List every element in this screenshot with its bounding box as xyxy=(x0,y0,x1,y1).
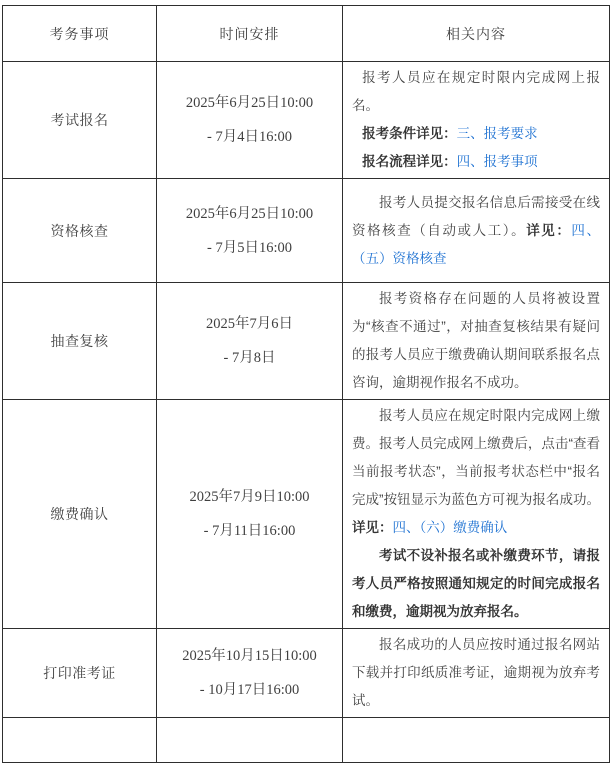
exam-schedule-page: 考务事项 时间安排 相关内容 考试报名 2025年6月25日10:00 - 7月… xyxy=(2,5,610,692)
time-cell-spot-check: 2025年7月6日 - 7月8日 xyxy=(157,283,343,400)
header-time-schedule: 时间安排 xyxy=(157,6,343,62)
process-label: 报名流程详见： xyxy=(362,154,457,169)
time-end: - 7月4日16:00 xyxy=(157,120,342,154)
event-label-registration: 考试报名 xyxy=(3,62,157,179)
time-cell-print-ticket: 2025年10月15日10:00 - 10月17日16:00 xyxy=(157,629,343,693)
link-payment-confirmation[interactable]: 四、（六）缴费确认 xyxy=(393,520,508,535)
content-cell-print-ticket: 报名成功的人员应按时通过报名网站下载并打印纸质准考证，逾期视为放弃考试。 xyxy=(343,629,610,693)
header-exam-matter: 考务事项 xyxy=(3,6,157,62)
content-cell-spot-check: 报考资格存在问题的人员将被设置为“核查不通过”，对抽查复核结果有疑问的报考人员应… xyxy=(343,283,610,400)
event-label-print-ticket: 打印准考证 xyxy=(3,629,157,693)
body-text: 报考人员应在规定时限内完成网上缴费。报考人员完成网上缴费后，点击“查看当前报考状… xyxy=(352,408,600,507)
row-payment-confirmation: 缴费确认 2025年7月9日10:00 - 7月11日16:00 报考人员应在规… xyxy=(3,400,610,629)
content-cell-registration: 报考人员应在规定时限内完成网上报名。 报考条件详见：三、报考要求 报名流程详见：… xyxy=(343,62,610,179)
paragraph-intro: 报考人员应在规定时限内完成网上报名。 xyxy=(352,64,600,120)
header-related-content: 相关内容 xyxy=(343,6,610,62)
time-end: - 10月17日16:00 xyxy=(157,673,342,692)
paragraph-warning: 考试不设补报名或补缴费环节，请报考人员严格按照通知规定的时间完成报名和缴费，逾期… xyxy=(352,542,600,626)
time-cell-registration: 2025年6月25日10:00 - 7月4日16:00 xyxy=(157,62,343,179)
event-label-qualification: 资格核查 xyxy=(3,179,157,283)
see-label: 详见： xyxy=(352,520,393,535)
paragraph-conditions: 报考条件详见：三、报考要求 xyxy=(352,120,600,148)
row-spot-check: 抽查复核 2025年7月6日 - 7月8日 报考资格存在问题的人员将被设置为“核… xyxy=(3,283,610,400)
content-cell-payment: 报考人员应在规定时限内完成网上缴费。报考人员完成网上缴费后，点击“查看当前报考状… xyxy=(343,400,610,629)
link-registration-matters[interactable]: 四、报考事项 xyxy=(457,154,538,169)
time-start: 2025年7月9日10:00 xyxy=(157,480,342,514)
paragraph-body: 报名成功的人员应按时通过报名网站下载并打印纸质准考证，逾期视为放弃考试。 xyxy=(352,631,600,692)
link-registration-requirements[interactable]: 三、报考要求 xyxy=(457,126,538,141)
row-print-admission-ticket: 打印准考证 2025年10月15日10:00 - 10月17日16:00 报名成… xyxy=(3,629,610,693)
time-start: 2025年7月6日 xyxy=(157,307,342,341)
time-end: - 7月8日 xyxy=(157,341,342,375)
row-qualification-check: 资格核查 2025年6月25日10:00 - 7月5日16:00 报考人员提交报… xyxy=(3,179,610,283)
paragraph-process: 报名流程详见：四、报考事项 xyxy=(352,148,600,176)
time-cell-payment: 2025年7月9日10:00 - 7月11日16:00 xyxy=(157,400,343,629)
event-label-spot-check: 抽查复核 xyxy=(3,283,157,400)
time-start: 2025年10月15日10:00 xyxy=(157,639,342,673)
time-cell-qualification: 2025年6月25日10:00 - 7月5日16:00 xyxy=(157,179,343,283)
time-start: 2025年6月25日10:00 xyxy=(157,197,342,231)
time-end: - 7月5日16:00 xyxy=(157,231,342,265)
header-row: 考务事项 时间安排 相关内容 xyxy=(3,6,610,62)
paragraph-body: 报考资格存在问题的人员将被设置为“核查不通过”，对抽查复核结果有疑问的报考人员应… xyxy=(352,285,600,397)
time-start: 2025年6月25日10:00 xyxy=(157,86,342,120)
paragraph-body: 报考人员应在规定时限内完成网上缴费。报考人员完成网上缴费后，点击“查看当前报考状… xyxy=(352,402,600,542)
see-label: 详见： xyxy=(526,223,571,238)
paragraph-body: 报考人员提交报名信息后需接受在线资格核查（自动或人工）。详见：四、（五）资格核查 xyxy=(352,189,600,273)
time-end: - 7月11日16:00 xyxy=(157,514,342,548)
exam-schedule-table: 考务事项 时间安排 相关内容 考试报名 2025年6月25日10:00 - 7月… xyxy=(2,5,610,692)
content-cell-qualification: 报考人员提交报名信息后需接受在线资格核查（自动或人工）。详见：四、（五）资格核查 xyxy=(343,179,610,283)
event-label-payment: 缴费确认 xyxy=(3,400,157,629)
conditions-label: 报考条件详见： xyxy=(362,126,457,141)
row-exam-registration: 考试报名 2025年6月25日10:00 - 7月4日16:00 报考人员应在规… xyxy=(3,62,610,179)
